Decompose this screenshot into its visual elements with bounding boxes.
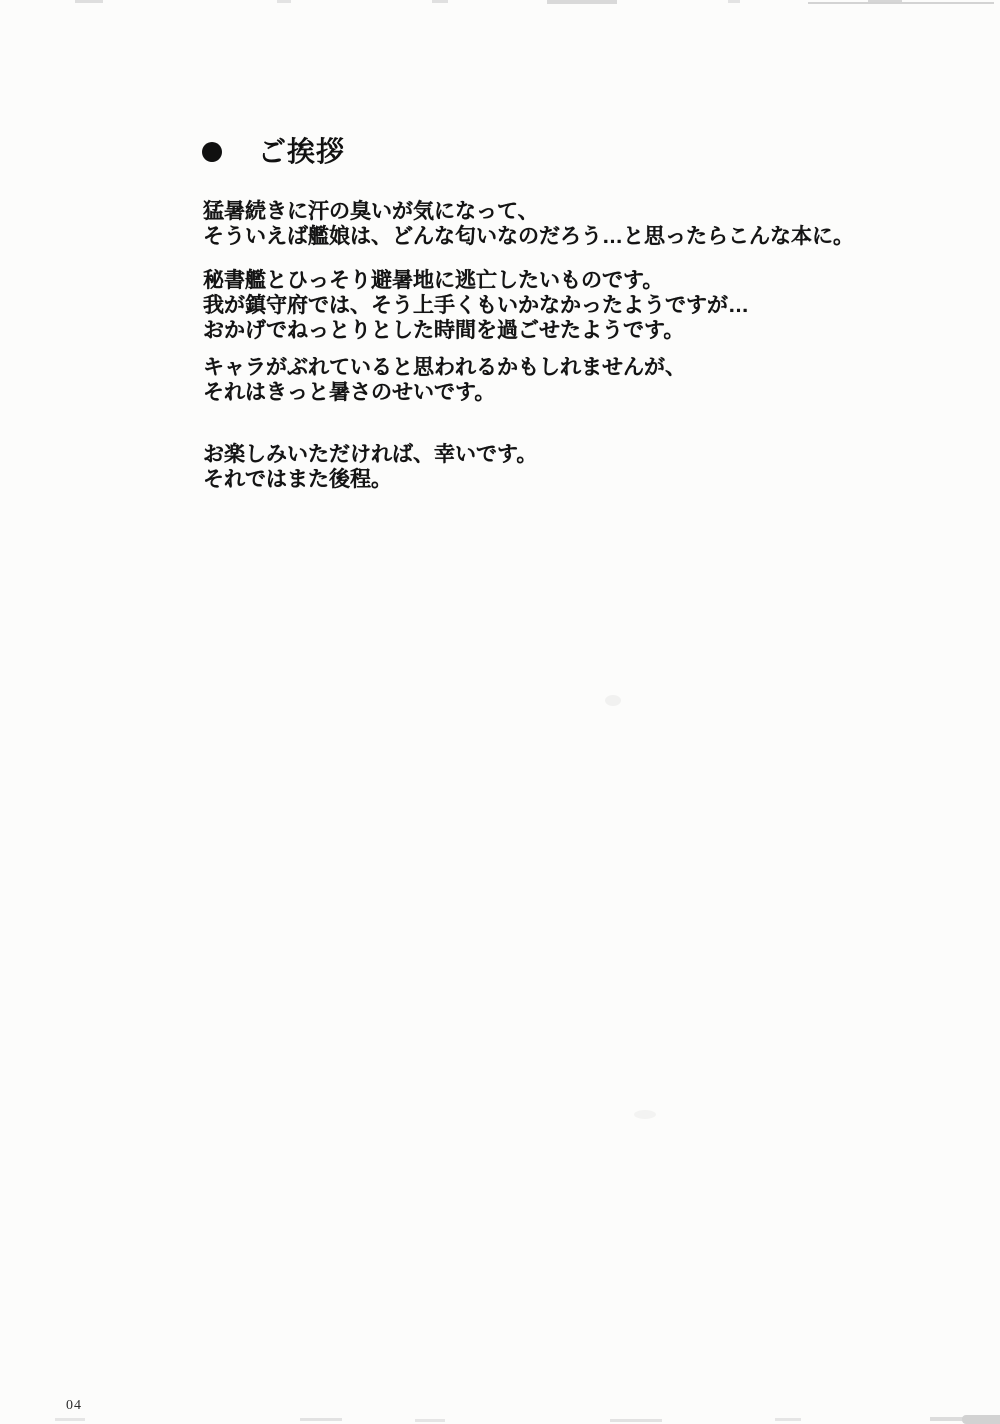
paragraph-1: 猛暑続きに汗の臭いが気になって、 そういえば艦娘は、どんな匂いなのだろう…と思っ… [203,199,854,249]
section-title: ご挨拶 [258,137,345,167]
scan-mark [300,1418,342,1421]
paragraph-3: キャラがぶれていると思われるかもしれませんが、 それはきっと暑さのせいです。 [203,355,686,405]
section-heading: ご挨拶 [202,137,345,167]
scan-mark [868,0,902,4]
text-line: それではまた後程。 [203,467,537,492]
paper-smudge [605,695,621,706]
scan-mark [775,1418,801,1421]
text-line: そういえば艦娘は、どんな匂いなのだろう…と思ったらこんな本に。 [203,224,854,249]
scan-mark [277,0,291,3]
paragraph-4: お楽しみいただければ、幸いです。 それではまた後程。 [203,442,537,492]
paper-smudge [634,1110,656,1119]
text-line: 秘書艦とひっそり避暑地に逃亡したいものです。 [203,268,749,293]
scan-line [808,2,994,4]
scan-mark [728,0,740,3]
scanned-page: ご挨拶 猛暑続きに汗の臭いが気になって、 そういえば艦娘は、どんな匂いなのだろう… [0,0,1000,1424]
text-line: 猛暑続きに汗の臭いが気になって、 [203,199,854,224]
page-number: 04 [66,1398,82,1414]
text-line: おかげでねっとりとした時間を過ごせたようです。 [203,318,749,343]
bullet-icon [202,142,222,162]
text-line: それはきっと暑さのせいです。 [203,380,686,405]
text-line: キャラがぶれていると思われるかもしれませんが、 [203,355,686,380]
scan-mark [75,0,103,3]
scan-mark [930,1417,970,1421]
text-line: お楽しみいただければ、幸いです。 [203,442,537,467]
scan-mark [610,1419,662,1422]
scan-mark [55,1418,85,1421]
text-line: 我が鎮守府では、そう上手くもいかなかったようですが… [203,293,749,318]
scan-mark [962,1415,1000,1424]
scan-mark [547,0,617,4]
scan-mark [415,1419,445,1422]
scan-mark [432,0,448,3]
paragraph-2: 秘書艦とひっそり避暑地に逃亡したいものです。 我が鎮守府では、そう上手くもいかな… [203,268,749,343]
